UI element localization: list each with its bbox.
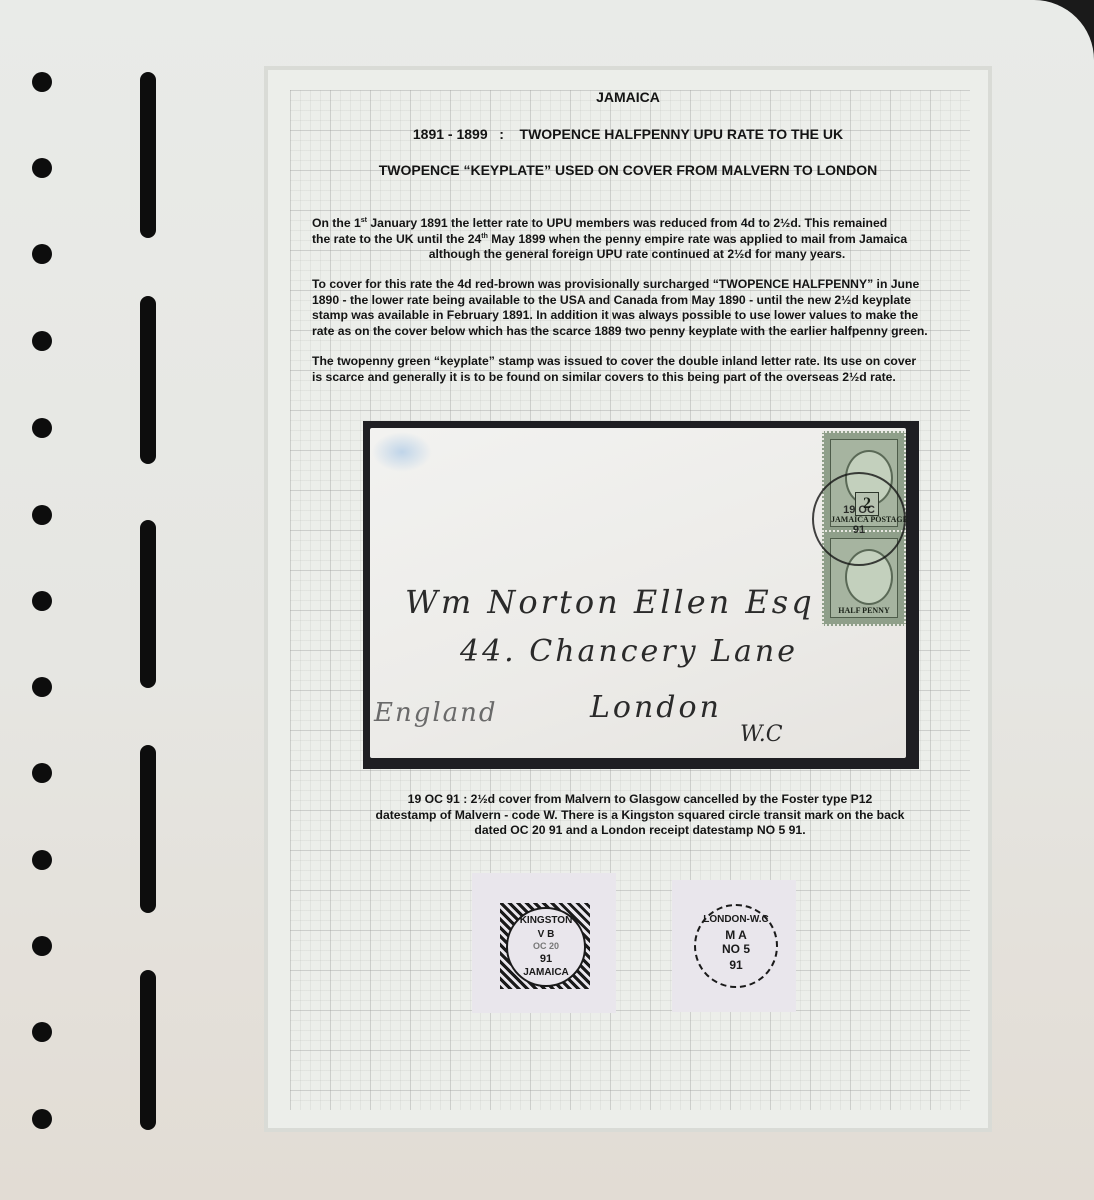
page-period-heading: 1891 - 1899 : TWOPENCE HALFPENNY UPU RAT… bbox=[264, 126, 992, 142]
punch-slot bbox=[140, 970, 156, 1130]
address-line-2: 44. Chancery Lane bbox=[460, 634, 798, 669]
address-line-3: London bbox=[590, 690, 722, 725]
punch-hole bbox=[32, 244, 52, 264]
page-title: JAMAICA bbox=[264, 89, 992, 105]
para2-line: rate as on the cover below which has the… bbox=[312, 324, 962, 340]
address-line-4: W.C bbox=[740, 722, 783, 747]
album-page: JAMAICA 1891 - 1899 : TWOPENCE HALFPENNY… bbox=[0, 0, 1094, 1200]
para3-line: The twopenny green “keyplate” stamp was … bbox=[312, 354, 962, 370]
malvern-postmark: 19 OC 91 bbox=[812, 472, 906, 566]
address-country: England bbox=[374, 698, 498, 728]
kingston-squared-circle-card: KINGSTON V B OC 20 91 JAMAICA bbox=[472, 873, 616, 1013]
punch-slot bbox=[140, 520, 156, 688]
punch-hole bbox=[32, 1109, 52, 1129]
punch-hole bbox=[32, 158, 52, 178]
page-subtitle: TWOPENCE “KEYPLATE” USED ON COVER FROM M… bbox=[264, 162, 992, 178]
punch-hole bbox=[32, 331, 52, 351]
london-receipt-card: LONDON-W.C M A NO 5 91 bbox=[672, 880, 796, 1012]
para2-line: 1890 - the lower rate being available to… bbox=[312, 293, 962, 309]
stamp-label: HALF PENNY bbox=[831, 606, 897, 615]
punch-slot bbox=[140, 296, 156, 464]
punch-hole bbox=[32, 505, 52, 525]
punch-hole bbox=[32, 936, 52, 956]
para2-line: stamp was available in February 1891. In… bbox=[312, 308, 962, 324]
punch-hole bbox=[32, 677, 52, 697]
punch-slot bbox=[140, 745, 156, 913]
punch-hole bbox=[32, 763, 52, 783]
punch-slot bbox=[140, 72, 156, 238]
london-datestamp-icon: LONDON-W.C M A NO 5 91 bbox=[694, 904, 778, 988]
cover-stain bbox=[372, 432, 432, 472]
para1-line: although the general foreign UPU rate co… bbox=[312, 247, 962, 263]
para2-line: To cover for this rate the 4d red-brown … bbox=[312, 277, 962, 293]
punch-hole bbox=[32, 591, 52, 611]
cover-caption: 19 OC 91 : 2½d cover from Malvern to Gla… bbox=[330, 792, 950, 839]
punch-hole bbox=[32, 1022, 52, 1042]
paragraph-rate-history: On the 1st January 1891 the letter rate … bbox=[312, 216, 962, 263]
paragraph-keyplate: The twopenny green “keyplate” stamp was … bbox=[312, 354, 962, 385]
punch-hole bbox=[32, 850, 52, 870]
para3-line: is scarce and generally it is to be foun… bbox=[312, 370, 962, 386]
address-line-1: Wm Norton Ellen Esq bbox=[405, 583, 815, 621]
paragraph-surcharge: To cover for this rate the 4d red-brown … bbox=[312, 277, 962, 339]
para1-line: On the 1st January 1891 the letter rate … bbox=[312, 216, 962, 232]
punch-hole bbox=[32, 418, 52, 438]
para1-line: the rate to the UK until the 24th May 18… bbox=[312, 232, 962, 248]
punch-hole bbox=[32, 72, 52, 92]
squared-circle-icon: KINGSTON V B OC 20 91 JAMAICA bbox=[500, 903, 590, 989]
